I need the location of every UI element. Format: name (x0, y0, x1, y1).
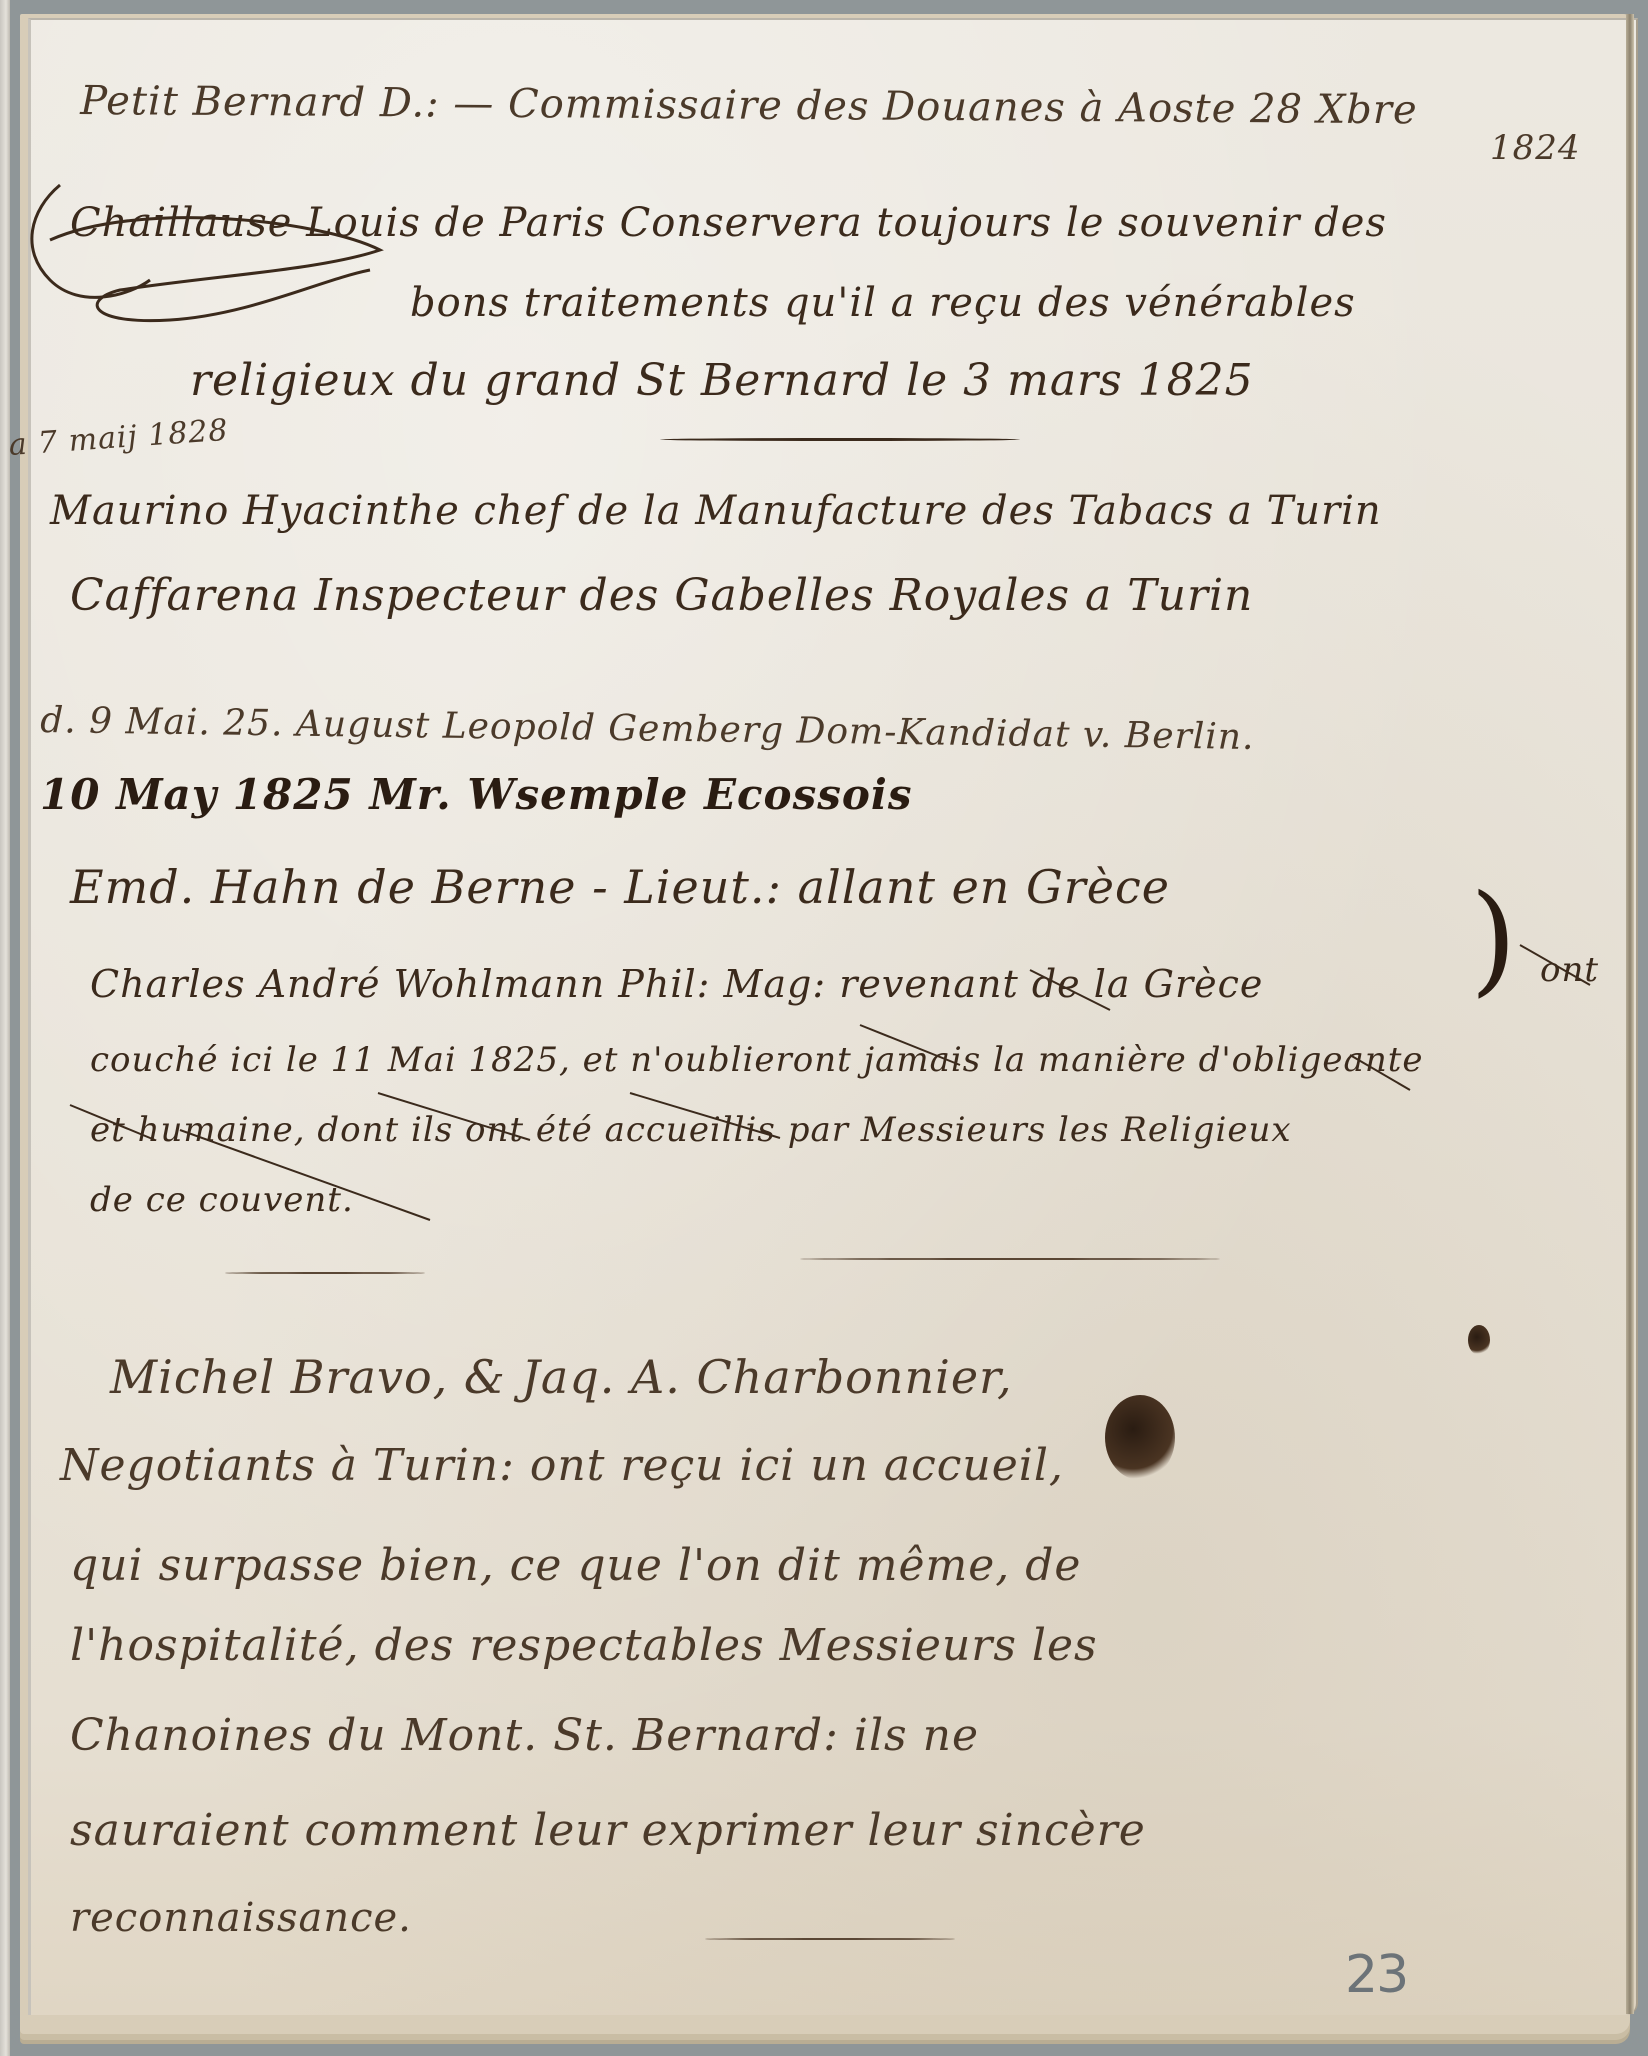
separator-rule-2 (225, 1272, 425, 1274)
entry-8-line-1: Michel Bravo, & Jaq. A. Charbonnier, (110, 1350, 1013, 1404)
entry-8-line-5: Chanoines du Mont. St. Bernard: ils ne (70, 1710, 979, 1761)
entry-8-line-3: qui surpasse bien, ce que l'on dit même,… (70, 1540, 1081, 1591)
ink-blot-small (1468, 1325, 1490, 1355)
entry-8-line-2: Negotiants à Turin: ont reçu ici un accu… (60, 1440, 1064, 1491)
entry-8-line-7: reconnaissance. (70, 1895, 412, 1941)
entry-8-line-4: l'hospitalité, des respectables Messieur… (70, 1620, 1098, 1671)
entry-8-line-6: sauraient comment leur exprimer leur sin… (70, 1805, 1146, 1856)
ink-blot (1105, 1395, 1175, 1480)
separator-rule-3 (800, 1258, 1220, 1260)
separator-rule-4 (705, 1938, 955, 1940)
page-number: 23 (1345, 1945, 1407, 2005)
